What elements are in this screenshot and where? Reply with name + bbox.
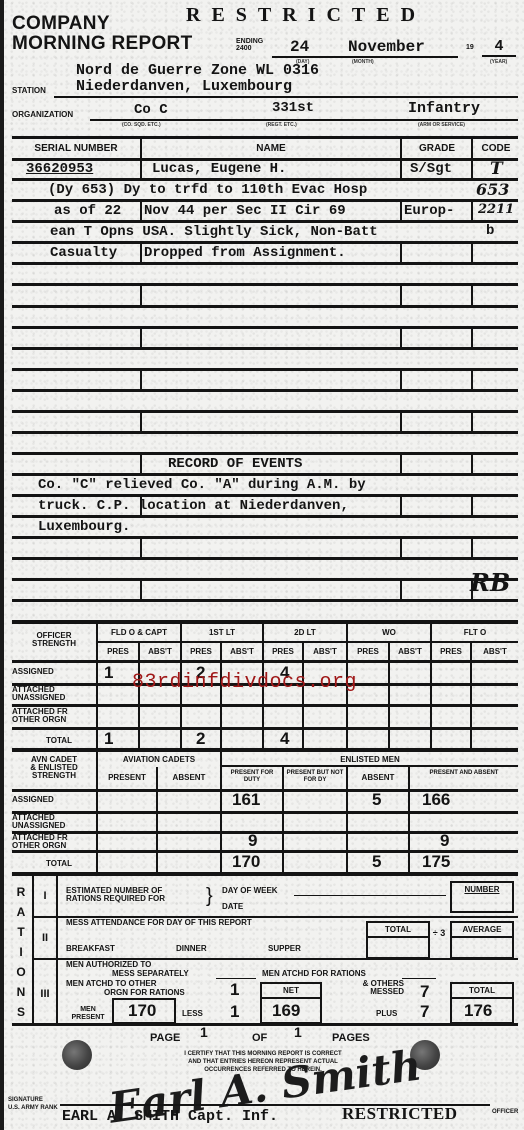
org-regiment: 331st (272, 100, 314, 116)
organization-label: ORGANIZATION (12, 110, 73, 119)
soldier-name: Lucas, Eugene H. (152, 161, 286, 177)
row-label-assigned: ASSIGNED (12, 668, 82, 676)
total-present-for-duty: 170 (232, 852, 260, 872)
station-value: Niederdanven, Luxembourg (76, 78, 292, 95)
supper-label: SUPPER (268, 945, 301, 953)
station-label: STATION (12, 86, 46, 95)
event-line-1: Co. "C" relieved Co. "A" during A.M. by (38, 477, 366, 493)
sub-av-absent: ABSENT (158, 774, 220, 782)
station-grid-ref: Nord de Guerre Zone WL 0316 (76, 62, 319, 79)
record-of-events-title: RECORD OF EVENTS (168, 456, 302, 472)
year-caption: (YEAR) (490, 59, 507, 65)
entry-line-3-name: Nov 44 per Sec II Cir 69 (144, 203, 346, 219)
sub-present-and-absent: PRESENT AND ABSENT (410, 770, 518, 777)
men-atchd-other-label-2: ORGN FOR RATIONS (104, 989, 185, 997)
pages-label: PAGES (332, 1034, 370, 1042)
row-label-assigned: ASSIGNED (12, 796, 82, 804)
restricted-stamp-bottom: RESTRICTED (342, 1104, 458, 1124)
station-underline (54, 96, 518, 98)
section-ii: II (34, 934, 56, 942)
sub-em-absent: ABSENT (348, 774, 408, 782)
group-aviation-cadets: AVIATION CADETS (98, 756, 220, 764)
org-caption-regiment: (REGT. ETC.) (266, 122, 297, 128)
men-authorized-label-1: MEN AUTHORIZED TO (66, 961, 151, 969)
report-day: 24 (290, 38, 309, 56)
less-value: 1 (230, 1002, 239, 1022)
initials-mark: RB (470, 568, 510, 597)
mess-total-label: TOTAL (368, 926, 428, 934)
1st-lt-total: 2 (196, 729, 205, 749)
2d-lt-total: 4 (280, 729, 289, 749)
row-label-attached-other: ATTACHED FR OTHER ORGN (12, 708, 92, 724)
entry-code-3: 2211 (478, 202, 514, 217)
event-line-3: Luxembourg. (38, 519, 130, 535)
less-label: LESS (182, 1010, 203, 1018)
group-flt-o: FLT O (432, 629, 518, 637)
restricted-stamp-top: RESTRICTED (186, 4, 426, 27)
entry-line-3-grade: Europ- (404, 203, 454, 219)
sub-abst: ABS'T (304, 648, 346, 656)
group-2d-lt: 2D LT (264, 629, 346, 637)
sub-pres: PRES (432, 648, 470, 656)
messed-value: 7 (420, 982, 429, 1002)
men-authorized-label-2: MESS SEPARATELY (112, 970, 189, 978)
sub-av-present: PRESENT (98, 774, 156, 782)
officer-caption: OFFICER (492, 1108, 518, 1116)
row-label-attached-other: ATTACHED FR OTHER ORGN (12, 834, 92, 850)
date-label: DATE (222, 903, 243, 911)
rations-side-label: R A T I O N S (12, 882, 30, 1022)
men-atchd-for-rations-label: MEN ATCHD FOR RATIONS (262, 970, 366, 978)
ending-label: ENDING 2400 (236, 38, 260, 52)
binder-hole-left-icon (62, 1040, 92, 1070)
rations-total-label: TOTAL (452, 987, 512, 995)
divide-by-three: ÷ 3 (432, 928, 446, 938)
men-present-label: MEN PRESENT (66, 1006, 110, 1022)
col-header-code: CODE (474, 145, 518, 153)
breakfast-label: BREAKFAST (66, 945, 115, 953)
men-present-value: 170 (128, 1001, 156, 1021)
watermark-text: 83rdinfdivdocs.org (132, 671, 357, 694)
average-box: AVERAGE (450, 921, 514, 959)
page-value: 1 (200, 1024, 208, 1040)
rank-label: U.S. ARMY RANK (8, 1104, 58, 1112)
plus-label: PLUS (376, 1010, 397, 1018)
sub-pres: PRES (182, 648, 220, 656)
soldier-grade: S/Sgt (410, 161, 452, 177)
row-label-total: TOTAL (34, 860, 84, 868)
dinner-label: DINNER (176, 945, 207, 953)
entry-line-5-name: Dropped from Assignment. (144, 245, 346, 261)
signer-typed-name: EARL A. SMITH Capt. Inf. (62, 1108, 278, 1125)
entry-line-3-left: as of 22 (54, 203, 121, 219)
sub-abst: ABS'T (222, 648, 262, 656)
sub-abst: ABS'T (140, 648, 180, 656)
men-atchd-other-value: 1 (230, 980, 239, 1000)
enlisted-strength-title: AVN CADET & ENLISTED STRENGTH (14, 756, 94, 780)
net-label: NET (262, 987, 320, 995)
org-caption-arm: (ARM OR SERVICE) (418, 122, 465, 128)
plus-value: 7 (420, 1002, 429, 1022)
form-title-line2: MORNING REPORT (12, 34, 192, 54)
status-code: T (490, 159, 503, 179)
men-present-box: 170 (112, 998, 176, 1024)
date-underline (272, 56, 458, 58)
event-line-2: truck. C.P. location at Niederdanven, (38, 498, 349, 514)
day-of-week-field (294, 895, 446, 896)
entry-line-4: ean T Opns USA. Slightly Sick, Non-Batt (50, 224, 378, 240)
fld-capt-total: 1 (104, 729, 113, 749)
form-title: COMPANY MORNING REPORT (12, 14, 192, 54)
of-label: OF (252, 1034, 267, 1042)
mess-total-box: TOTAL (366, 921, 430, 959)
sub-pres: PRES (264, 648, 302, 656)
entry-code-4: b (486, 223, 494, 239)
col-header-serial: SERIAL NUMBER (14, 145, 138, 153)
col-header-name: NAME (144, 145, 398, 153)
group-1st-lt: 1ST LT (182, 629, 262, 637)
year-prefix: 19 (466, 44, 474, 51)
pages-value: 1 (294, 1024, 302, 1040)
net-value: 169 (272, 1001, 300, 1021)
sub-abst: ABS'T (472, 648, 518, 656)
assigned-present-for-duty: 161 (232, 790, 260, 810)
rations-total-box: TOTAL 176 (450, 982, 514, 1024)
assigned-absent: 5 (372, 790, 381, 810)
report-year: 4 (482, 38, 516, 57)
men-atchd-other-label-1: MEN ATCHD TO OTHER (66, 980, 157, 988)
brace-icon: } (206, 885, 213, 908)
morning-report-page: RESTRICTED COMPANY MORNING REPORT ENDING… (0, 0, 524, 1130)
row-label-attached-unassigned: ATTACHED UNASSIGNED (12, 686, 92, 702)
row-label-attached-unassigned: ATTACHED UNASSIGNED (12, 814, 92, 830)
sub-pres: PRES (98, 648, 138, 656)
signature-label: SIGNATURE (8, 1096, 58, 1104)
rations-total-value: 176 (464, 1001, 492, 1021)
month-caption: (MONTH) (352, 59, 374, 65)
section-i: I (34, 892, 56, 900)
group-enlisted-men: ENLISTED MEN (222, 756, 518, 764)
officer-strength-title: OFFICER STRENGTH (14, 632, 94, 648)
net-box: NET 169 (260, 982, 322, 1024)
total-absent: 5 (372, 852, 381, 872)
organization-underline (90, 119, 518, 121)
total-present-and-absent: 175 (422, 852, 450, 872)
row-label-total: TOTAL (34, 737, 84, 745)
and-others-label: & OTHERS MESSED (334, 980, 404, 996)
section-iii: III (34, 990, 56, 998)
col-header-grade: GRADE (404, 145, 470, 153)
mess-attendance-label: MESS ATTENDANCE FOR DAY OF THIS REPORT (66, 919, 252, 927)
number-box: NUMBER (450, 881, 514, 913)
org-company: Co C (134, 102, 168, 118)
sub-abst: ABS'T (390, 648, 430, 656)
attached-other-present-for-duty: 9 (248, 831, 257, 851)
group-wo: WO (348, 629, 430, 637)
entry-line-2: (Dy 653) Dy to trfd to 110th Evac Hosp (48, 182, 367, 198)
average-label: AVERAGE (452, 926, 512, 934)
form-title-line1: COMPANY (12, 14, 192, 34)
fld-capt-assigned: 1 (104, 663, 113, 683)
sub-present-for-duty: PRESENT FOR DUTY (222, 770, 282, 784)
day-of-week-label: DAY OF WEEK (222, 887, 278, 895)
estimated-rations-label: ESTIMATED NUMBER OF RATIONS REQUIRED FOR (66, 887, 206, 903)
org-caption-company: (CO. SQD. ETC.) (122, 122, 161, 128)
entry-code-2: 653 (476, 180, 509, 199)
page-label: PAGE (150, 1034, 180, 1042)
entry-line-5-left: Casualty (50, 245, 117, 261)
org-arm: Infantry (408, 100, 480, 117)
report-month: November (348, 38, 425, 56)
men-atchd-for-rations-field (402, 978, 436, 979)
serial-number: 36620953 (26, 161, 93, 177)
group-fld-capt: FLD O & CAPT (98, 629, 180, 637)
assigned-present-and-absent: 166 (422, 790, 450, 810)
number-box-label: NUMBER (452, 886, 512, 894)
men-authorized-field (216, 978, 256, 979)
attached-other-present-and-absent: 9 (440, 831, 449, 851)
sub-present-not-duty: PRESENT BUT NOT FOR DY (284, 770, 346, 784)
sub-pres: PRES (348, 648, 388, 656)
